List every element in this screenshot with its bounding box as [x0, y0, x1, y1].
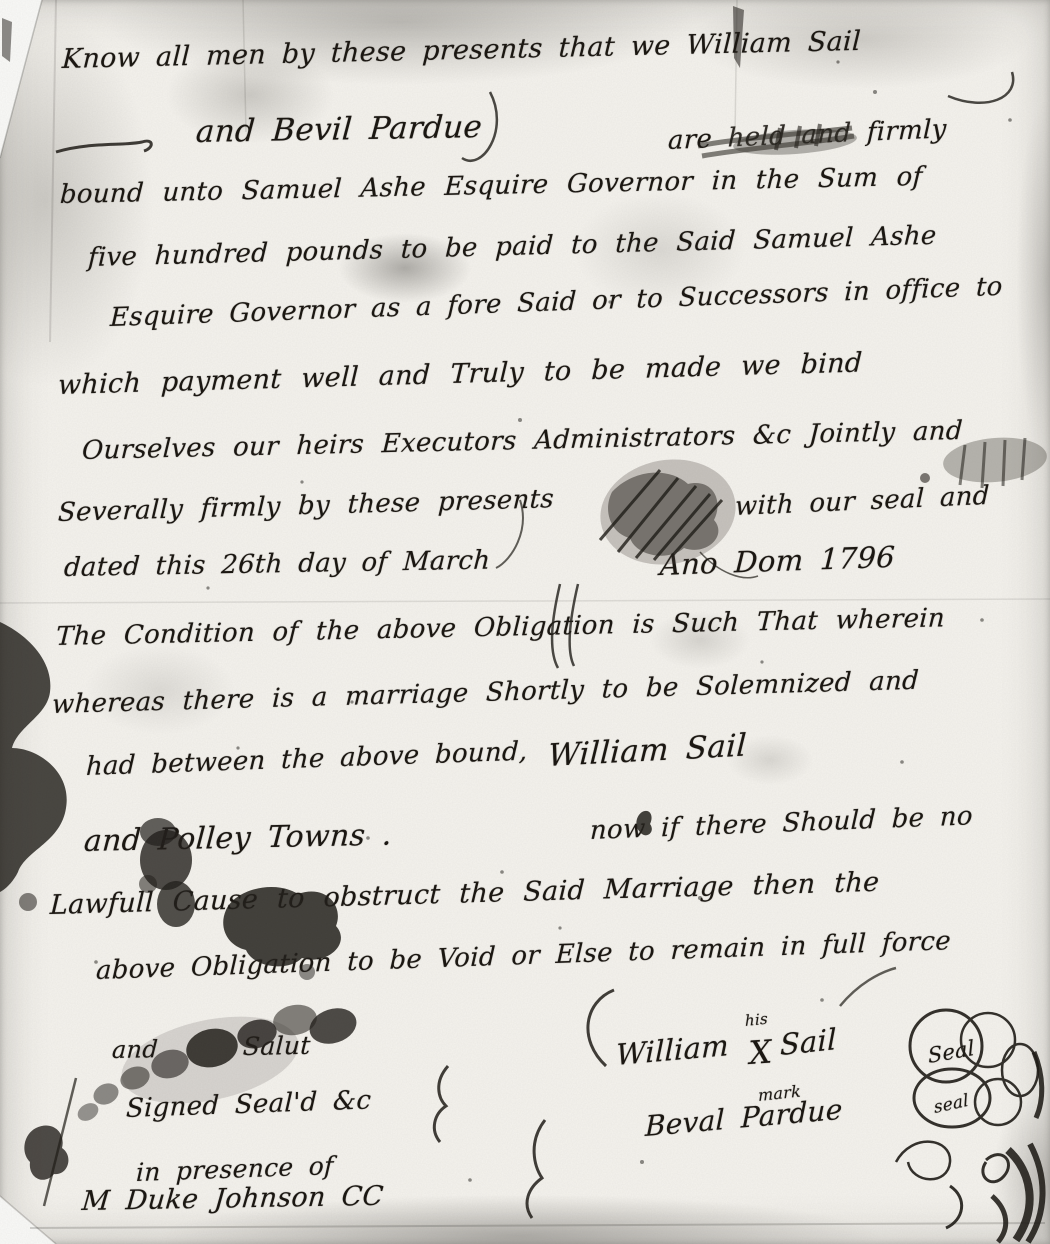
bond-line-2-names: and Bevil Pardue — [195, 109, 484, 150]
his-label: his — [745, 1010, 769, 1030]
struck-text: held and — [727, 118, 851, 153]
witness-signature: M Duke Johnson CC — [81, 1181, 385, 1217]
groom-mark-x: X — [748, 1032, 774, 1072]
bond-line-2-pre: are — [668, 124, 713, 156]
blotted-fragment-1: and — [111, 1035, 158, 1064]
condition-line-13-bride-name: and Polley Towns . — [83, 818, 393, 860]
marriage-bond-scan: Know all men by these presents that we W… — [0, 0, 1050, 1244]
blotted-fragment-2: Salut — [242, 1031, 311, 1061]
bond-line-2-post: firmly — [866, 114, 947, 147]
groom-signature-last: Sail — [780, 1022, 837, 1062]
